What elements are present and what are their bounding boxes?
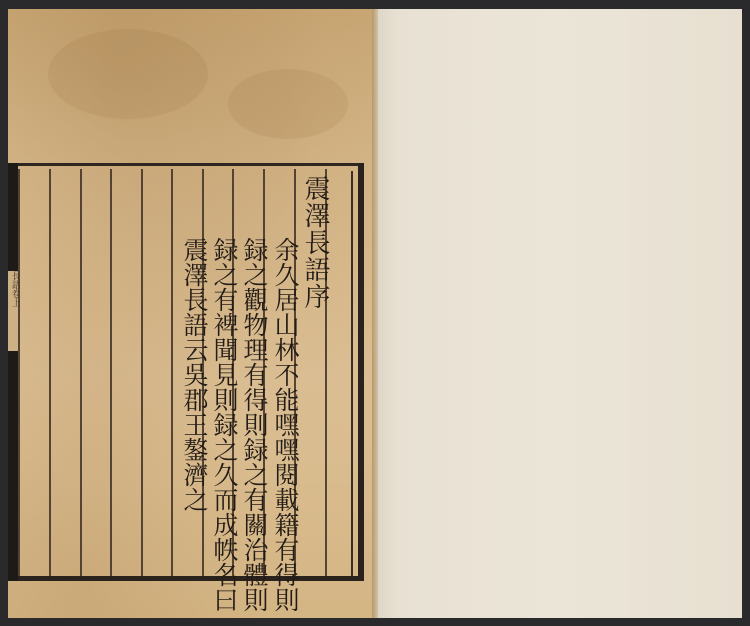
column-rule (141, 169, 143, 576)
paper-stain (228, 69, 348, 139)
right-page-blank (376, 9, 742, 618)
column-rule (80, 169, 82, 576)
text-column-3: 録之有裨聞見則録之久而成帙名曰 (209, 237, 239, 612)
text-column-2: 録之觀物理有得則録之有關治體則 (239, 237, 269, 612)
column-rule (110, 169, 112, 576)
frame-border-right (358, 163, 364, 581)
book-spread: 長語卷上 震澤長語序 余久居山林不能嘿嘿閱載籍有得則 録之觀物理有得則録之有關治… (8, 9, 742, 618)
preface-title: 震澤長語序 (300, 175, 330, 310)
paper-stain (48, 29, 208, 119)
column-rule (18, 169, 20, 576)
page-edge-block (8, 163, 18, 581)
column-rule (49, 169, 51, 576)
text-column-1: 余久居山林不能嘿嘿閱載籍有得則 (270, 237, 300, 612)
text-column-4: 震澤長語云吳郡王鏊濟之 (179, 237, 209, 512)
frame-border-inner (351, 171, 353, 576)
book-gutter (372, 9, 378, 618)
column-rule (171, 169, 173, 576)
left-page: 長語卷上 震澤長語序 余久居山林不能嘿嘿閱載籍有得則 録之觀物理有得則録之有關治… (8, 9, 376, 618)
